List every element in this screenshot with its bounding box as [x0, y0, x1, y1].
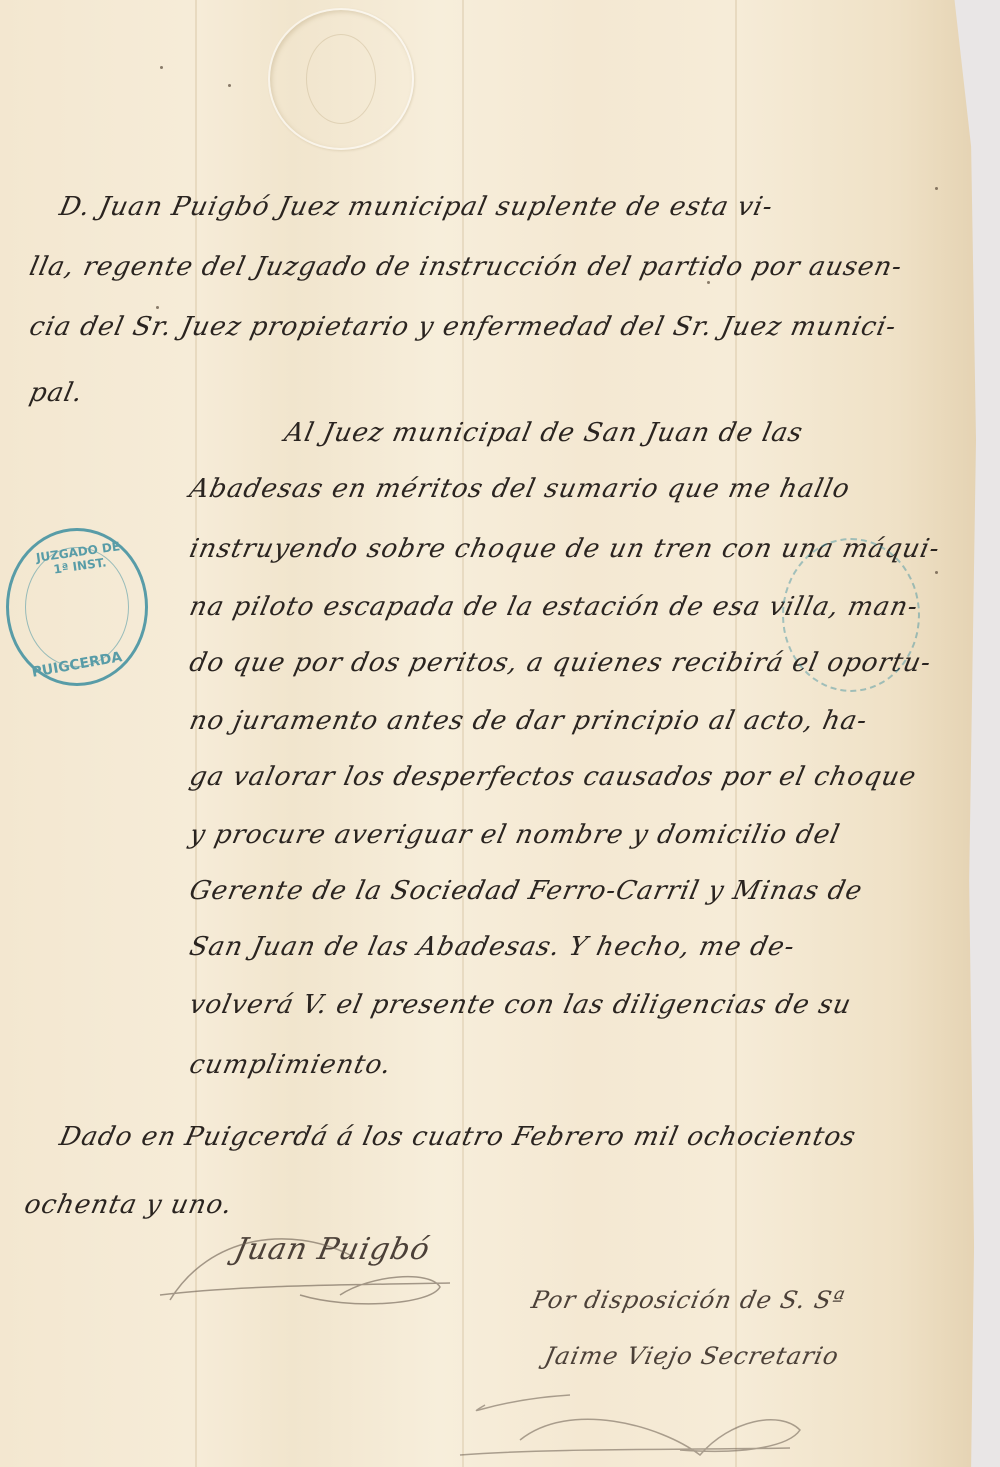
court-stamp: JUZGADO DE 1ª INST. PUIGCERDA	[6, 528, 148, 686]
body-line-9: Gerente de la Sociedad Ferro-Carril y Mi…	[187, 876, 866, 906]
header-line-2: lla, regente del Juzgado de instrucción …	[27, 252, 905, 282]
paper-speck	[160, 66, 163, 69]
closing-line-2: ochenta y uno.	[22, 1190, 236, 1220]
body-line-10: San Juan de las Abadesas. Y hecho, me de…	[187, 932, 798, 962]
closing-line-1: Dado en Puigcerdá á los cuatro Febrero m…	[57, 1122, 859, 1152]
body-line-2: Abadesas en méritos del sumario que me h…	[187, 474, 853, 504]
paper-speck	[156, 306, 159, 309]
clerk-flourish-icon	[450, 1370, 870, 1465]
paper-speck	[228, 84, 231, 87]
header-line-4: pal.	[27, 378, 86, 408]
document-page: D. Juan Puigbó Juez municipal suplente d…	[0, 0, 976, 1467]
signature-flourish-icon	[150, 1225, 470, 1315]
embossed-seal	[268, 8, 414, 150]
body-line-12: cumplimiento.	[187, 1050, 395, 1080]
body-line-1: Al Juez municipal de San Juan de las	[282, 418, 806, 448]
body-line-8: y procure averiguar el nombre y domicili…	[187, 820, 843, 850]
header-line-1: D. Juan Puigbó Juez municipal suplente d…	[57, 192, 776, 222]
body-line-11: volverá V. el presente con las diligenci…	[187, 990, 854, 1020]
embossed-seal-crest	[306, 34, 376, 124]
faint-court-stamp	[782, 538, 920, 692]
clerk-signature: Jaime Viejo Secretario	[542, 1342, 842, 1370]
header-line-3: cia del Sr. Juez propietario y enfermeda…	[27, 312, 900, 342]
body-line-7: ga valorar los desperfectos causados por…	[187, 762, 920, 792]
clerk-disposition: Por disposición de S. Sª	[529, 1286, 847, 1314]
paper-speck	[935, 571, 938, 574]
paper-speck	[935, 187, 938, 190]
body-line-6: no juramento antes de dar principio al a…	[187, 706, 870, 736]
